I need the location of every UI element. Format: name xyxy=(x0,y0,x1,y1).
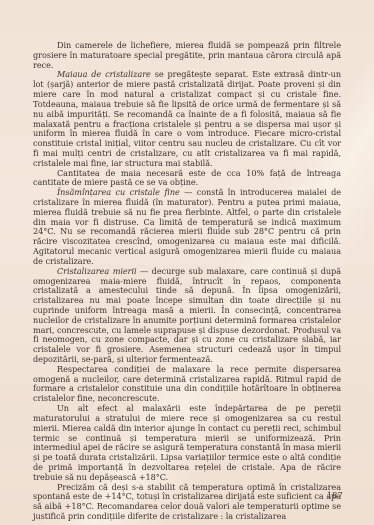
book-page: Din camerele de lichefiere, mierea fluid… xyxy=(0,0,374,525)
paragraph-liquefaction: Din camerele de lichefiere, mierea fluid… xyxy=(33,41,341,70)
paragraph-text: — decurge sub malaxare, care continuă și… xyxy=(33,266,341,364)
paragraph-text: — constă în introducerea maialei de cris… xyxy=(33,187,341,266)
paragraph-text: Precizăm că deși s-a stabilit că tempera… xyxy=(33,482,341,521)
page-number: 187 xyxy=(327,491,343,500)
paragraph-heat-exchange: Un alt efect al malaxării este îndepărta… xyxy=(33,404,341,483)
body-text: Din camerele de lichefiere, mierea fluid… xyxy=(33,41,341,522)
paragraph-text: Respectarea condiției de malaxare la rec… xyxy=(33,364,341,403)
paragraph-lead: Cristalizarea mierii xyxy=(57,266,137,276)
paragraph-seeding: Însămînțarea cu cristale fine — constă î… xyxy=(33,188,341,267)
paragraph-text: se pregătește separat. Este extrasă dint… xyxy=(33,69,341,167)
paragraph-lead: Maiaua de cristalizare xyxy=(57,69,151,79)
paragraph-crystallization: Cristalizarea mierii — decurge sub malax… xyxy=(33,267,341,365)
paragraph-seed-quantity: Cantitatea de maia necesară este de cca … xyxy=(33,169,341,189)
paragraph-optimal-temperature: Precizăm că deși s-a stabilit că tempera… xyxy=(33,483,341,522)
paragraph-seed-culture: Maiaua de cristalizare se pregătește sep… xyxy=(33,70,341,168)
paragraph-text: Cantitatea de maia necesară este de cca … xyxy=(33,168,341,188)
paragraph-cold-mixing: Respectarea condiției de malaxare la rec… xyxy=(33,365,341,404)
paragraph-lead: Însămînțarea cu cristale fine xyxy=(57,187,180,197)
paragraph-text: Din camerele de lichefiere, mierea fluid… xyxy=(33,40,341,70)
paragraph-text: Un alt efect al malaxării este îndepărta… xyxy=(33,403,341,482)
